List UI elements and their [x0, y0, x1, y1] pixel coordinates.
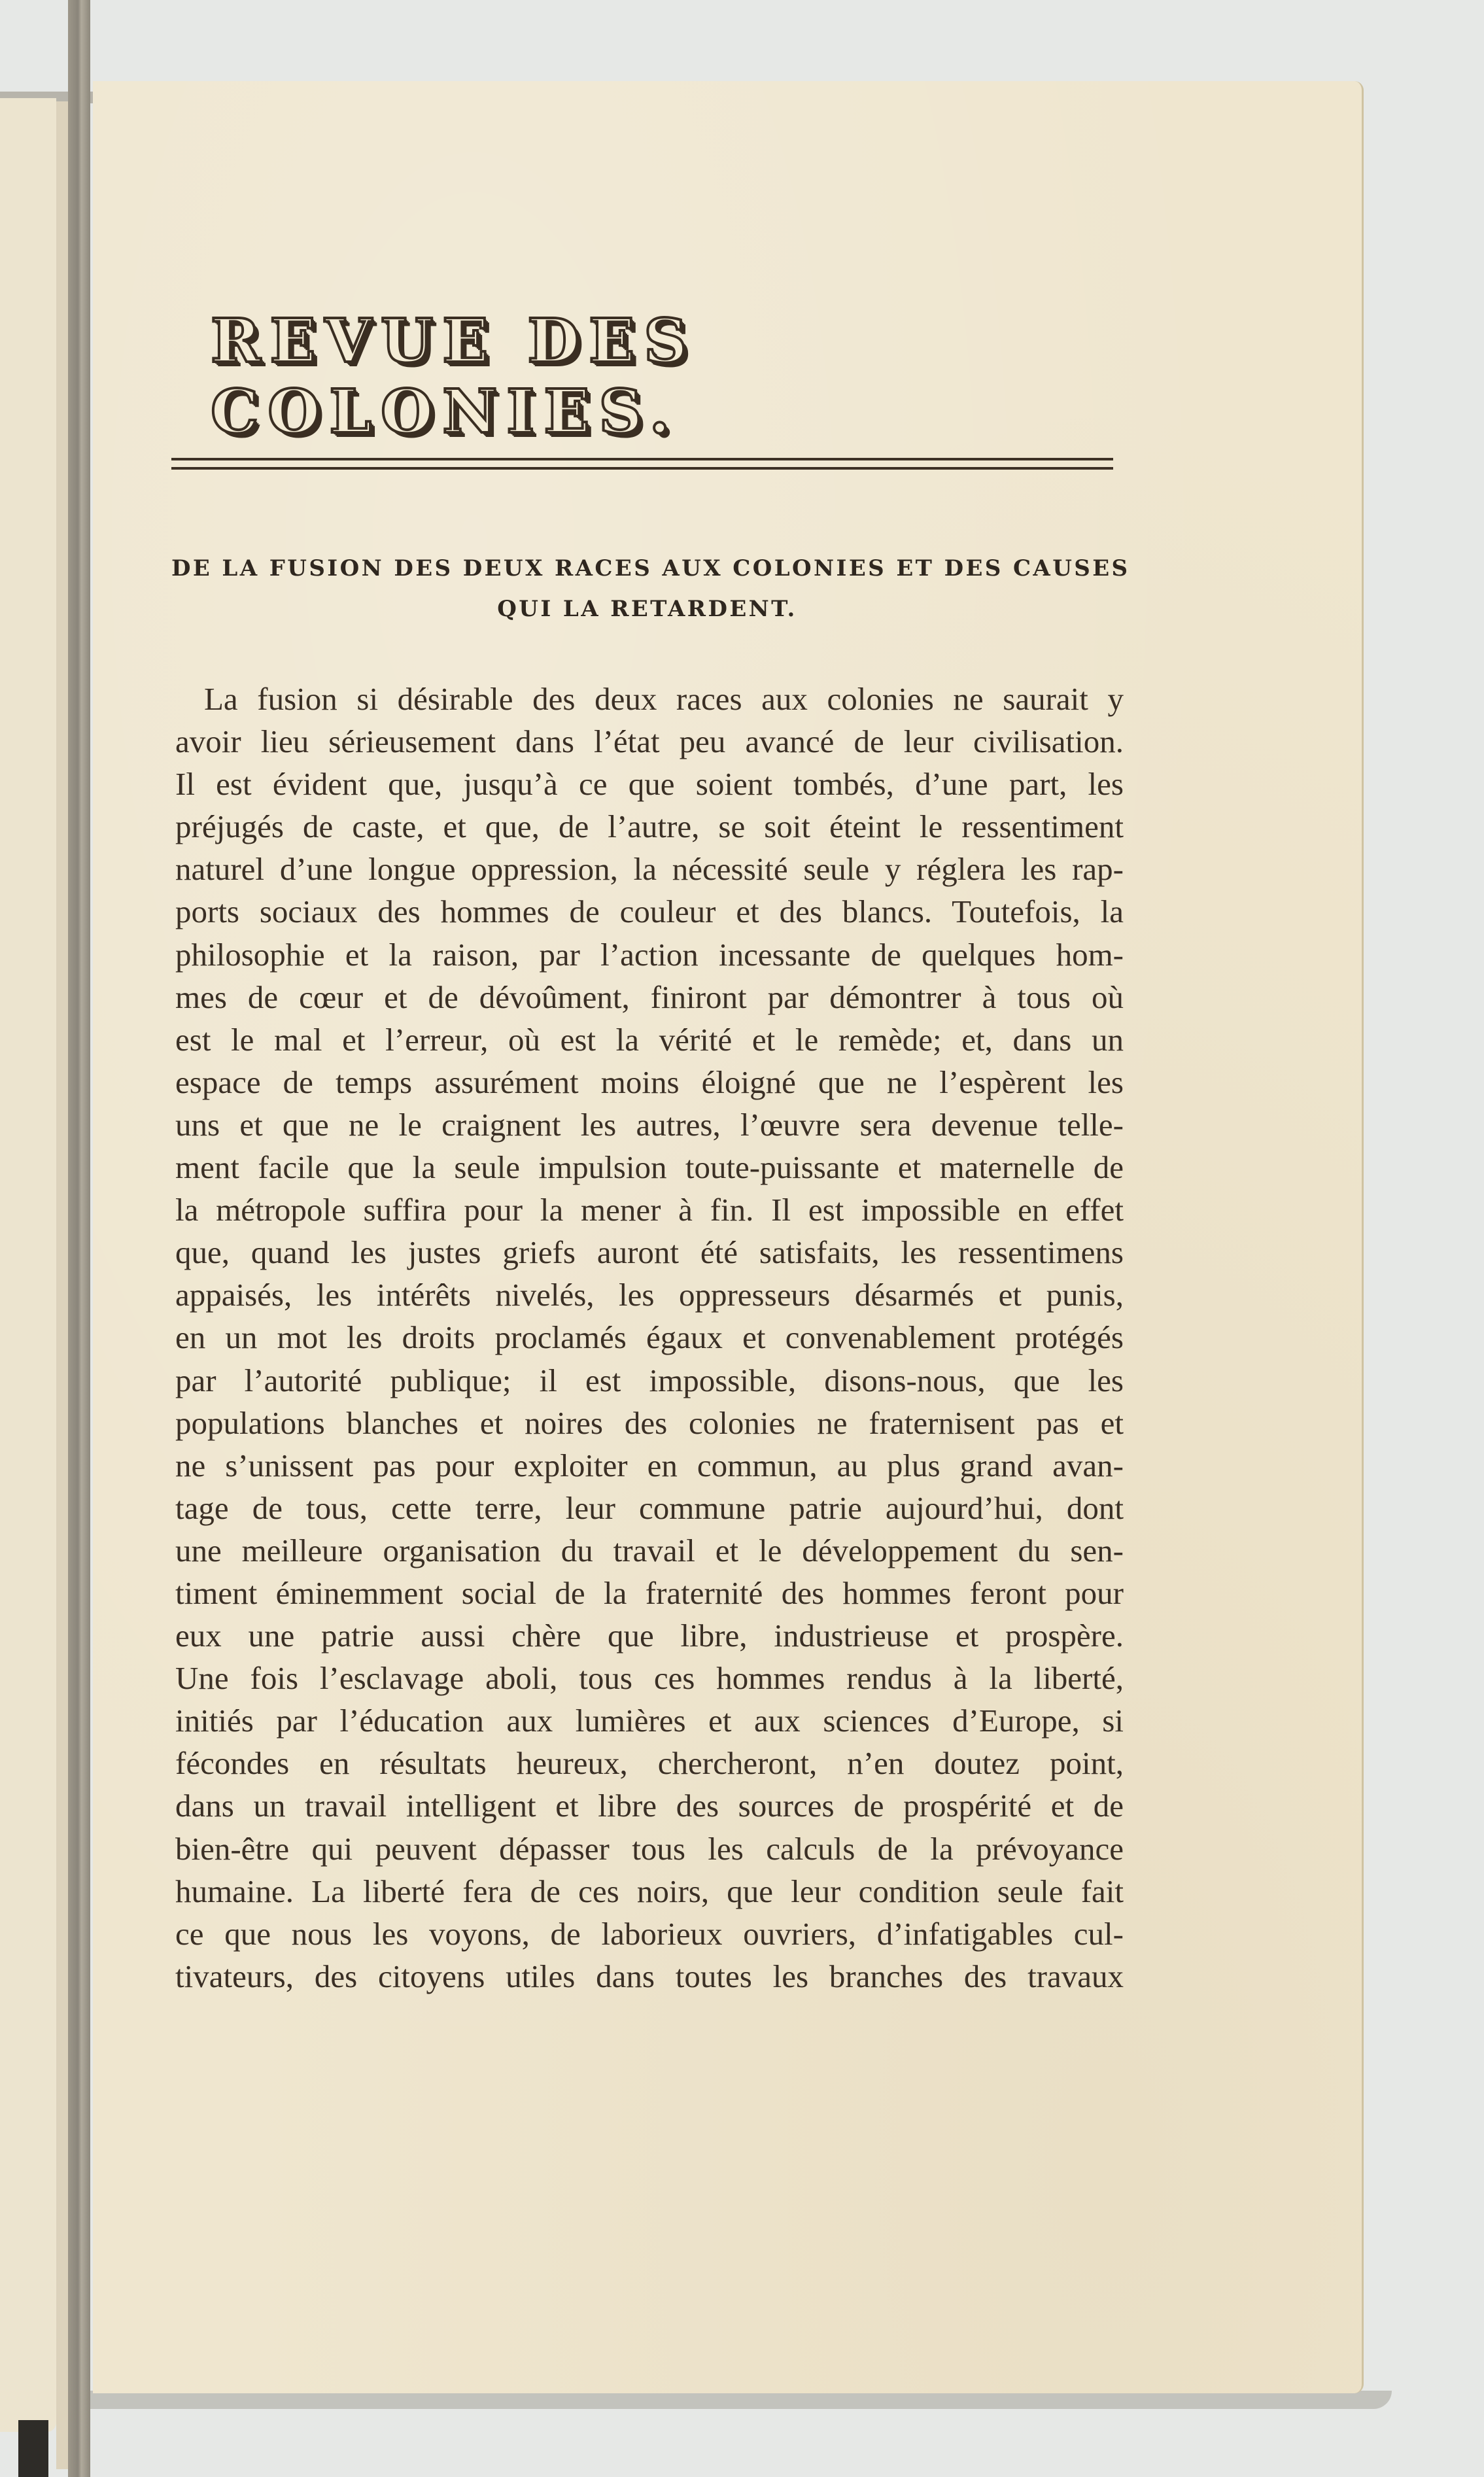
- body-line: eux une patrie aussi chère que libre, in…: [175, 1614, 1124, 1657]
- body-line: préjugés de caste, et que, de l’autre, s…: [175, 805, 1124, 848]
- body-line: timent éminemment social de la fraternit…: [175, 1572, 1124, 1614]
- body-line: bien-être qui peuvent dépasser tous les …: [175, 1827, 1124, 1870]
- body-line: philosophie et la raison, par l’action i…: [175, 933, 1124, 976]
- body-line: espace de temps assurément moins éloigné…: [175, 1061, 1124, 1103]
- body-line: fécondes en résultats heureux, cherchero…: [175, 1742, 1124, 1784]
- body-line: est le mal et l’erreur, où est la vérité…: [175, 1018, 1124, 1061]
- body-line: une meilleure organisation du travail et…: [175, 1529, 1124, 1572]
- article-title: DE LA FUSION DES DEUX RACES AUX COLONIES…: [171, 548, 1123, 629]
- article-title-line: QUI LA RETARDENT.: [171, 589, 1123, 629]
- body-line: ce que nous les voyons, de laborieux ouv…: [175, 1913, 1124, 1955]
- body-line: tage de tous, cette terre, leur commune …: [175, 1487, 1124, 1529]
- binding-shadow: [18, 2420, 48, 2477]
- body-line: la métropole suffira pour la mener à fin…: [175, 1188, 1124, 1231]
- journal-masthead: REVUE DES COLONIES.: [211, 340, 1061, 412]
- body-line: mes de cœur et de dévoûment, finiront pa…: [175, 976, 1124, 1018]
- body-line: Une fois l’esclavage aboli, tous ces hom…: [175, 1657, 1124, 1699]
- body-line: dans un travail intelligent et libre des…: [175, 1784, 1124, 1827]
- body-line: que, quand les justes griefs auront été …: [175, 1231, 1124, 1273]
- body-line: La fusion si désirable des deux races au…: [175, 678, 1124, 720]
- body-line: avoir lieu sérieusement dans l’état peu …: [175, 720, 1124, 763]
- page-bottom-shadow: [90, 2391, 1392, 2409]
- body-line: humaine. La liberté fera de ces noirs, q…: [175, 1870, 1124, 1913]
- body-line: uns et que ne le craignent les autres, l…: [175, 1103, 1124, 1146]
- book-binding: [68, 0, 90, 2477]
- article-body: La fusion si désirable des deux races au…: [175, 678, 1124, 1998]
- body-line: naturel d’une longue oppression, la néce…: [175, 848, 1124, 890]
- body-line: initiés par l’éducation aux lumières et …: [175, 1699, 1124, 1742]
- body-line: ment facile que la seule impulsion toute…: [175, 1146, 1124, 1188]
- body-line: appaisés, les intérêts nivelés, les oppr…: [175, 1273, 1124, 1316]
- masthead-double-rule: [171, 458, 1113, 470]
- body-line: par l’autorité publique; il est impossib…: [175, 1359, 1124, 1402]
- body-line: ports sociaux des hommes de couleur et d…: [175, 890, 1124, 933]
- body-line: Il est évident que, jusqu’à ce que soien…: [175, 763, 1124, 805]
- article-title-line: DE LA FUSION DES DEUX RACES AUX COLONIES…: [171, 548, 1123, 589]
- body-line: en un mot les droits proclamés égaux et …: [175, 1316, 1124, 1359]
- body-line: tivateurs, des citoyens utiles dans tout…: [175, 1955, 1124, 1998]
- body-line: populations blanches et noires des colon…: [175, 1402, 1124, 1444]
- body-line: ne s’unissent pas pour exploiter en comm…: [175, 1444, 1124, 1487]
- previous-page-edge: [0, 98, 56, 2432]
